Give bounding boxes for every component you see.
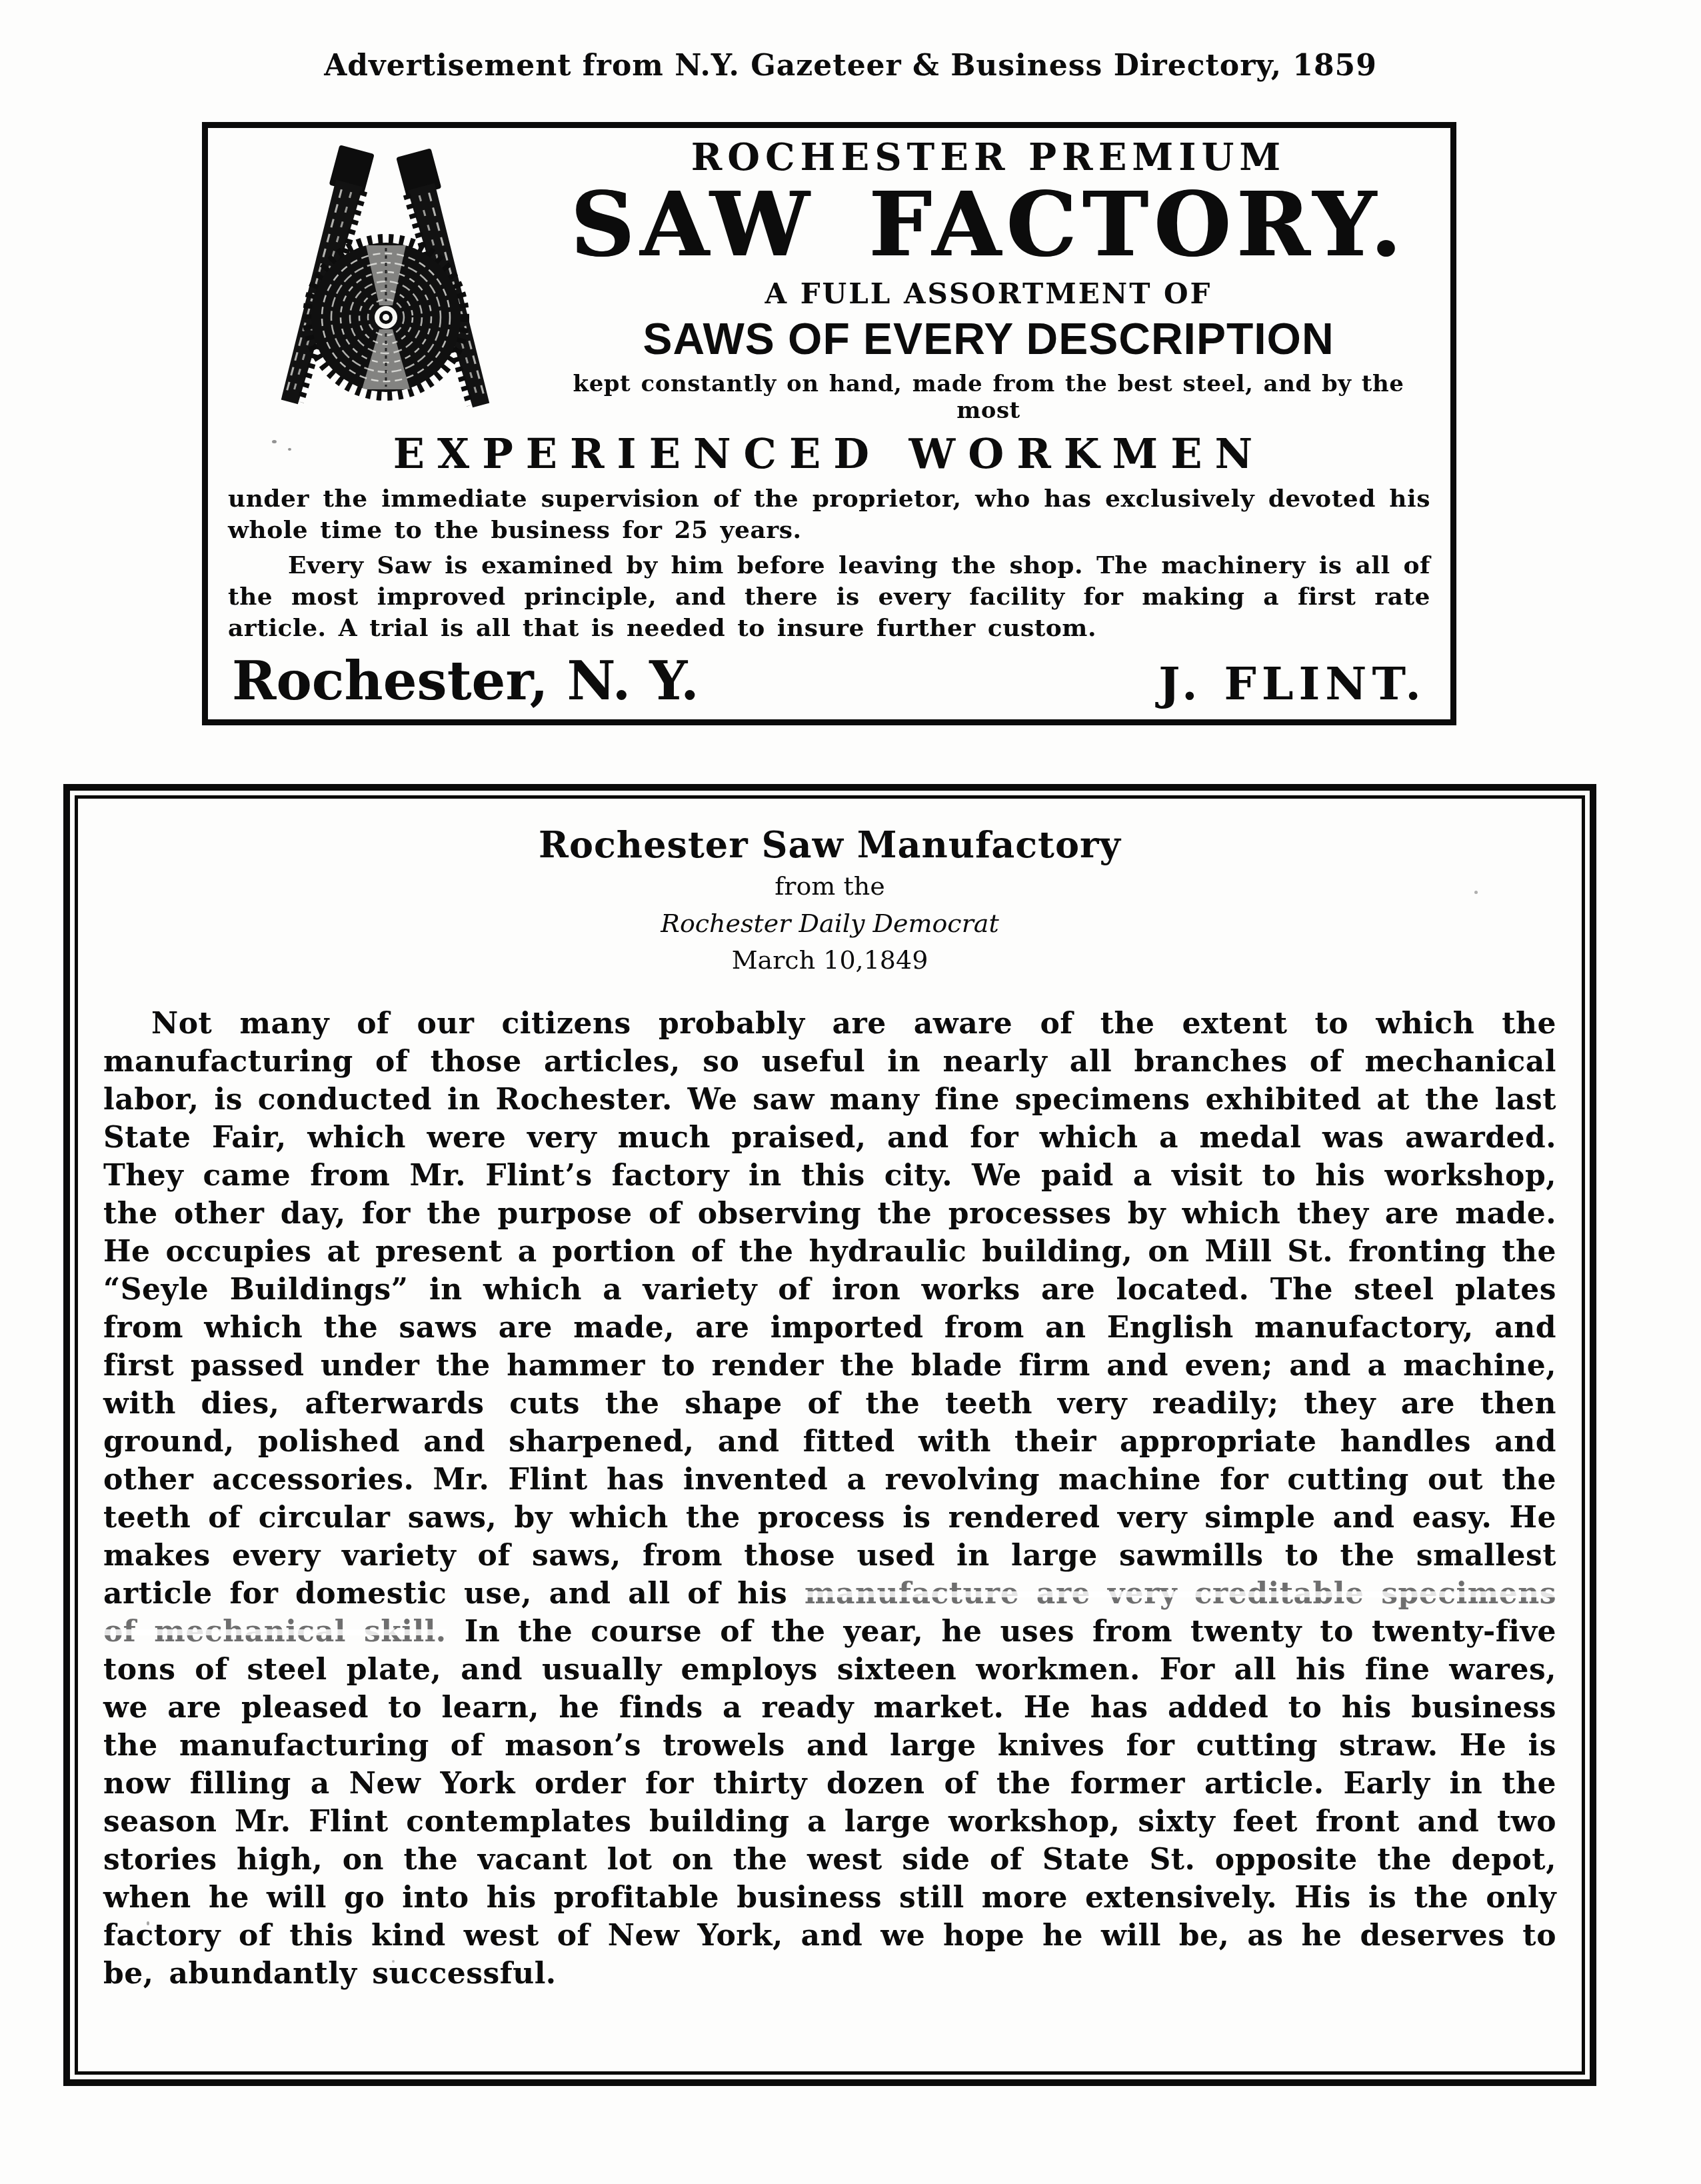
article-body-segment: In the course of the year, he uses from … (103, 1615, 1556, 1991)
scanned-document-page: Advertisement from N.Y. Gazeteer & Busin… (0, 0, 1701, 2184)
scan-speck (147, 1921, 149, 1925)
ad-paragraph-1: under the immediate supervision of the p… (228, 483, 1430, 546)
article-title: Rochester Saw Manufactory (103, 824, 1556, 865)
article-source-intro: from the (103, 871, 1556, 903)
article-box-inner: Rochester Saw Manufactory from the Roche… (75, 795, 1585, 2075)
scan-speck (288, 448, 291, 451)
scan-speck (1474, 891, 1478, 894)
advertisement-box: ROCHESTER PREMIUM SAW FACTORY. A FULL AS… (202, 122, 1456, 726)
article-date: March 10,1849 (103, 945, 1556, 977)
article-source-name: Rochester Daily Democrat (103, 908, 1556, 940)
ad-paragraph-2: Every Saw is examined by him before leav… (228, 550, 1430, 643)
article-body-segment: Not many of our citizens probably are aw… (103, 1007, 1556, 1611)
ad-location: Rochester, N. Y. (232, 653, 699, 709)
crossed-saws-illustration (228, 143, 541, 409)
ad-emphasis-line: EXPERIENCED WORKMEN (228, 431, 1430, 477)
page-caption: Advertisement from N.Y. Gazeteer & Busin… (0, 0, 1701, 83)
scan-speck (272, 440, 277, 443)
ad-signature: J. FLINT. (1158, 661, 1426, 708)
article-header: Rochester Saw Manufactory from the Roche… (103, 824, 1556, 977)
ad-footer: Rochester, N. Y. J. FLINT. (228, 653, 1430, 709)
article-box: Rochester Saw Manufactory from the Roche… (63, 784, 1596, 2086)
article-body: Not many of our citizens probably are aw… (103, 1005, 1556, 1993)
scan-speck (392, 1960, 395, 1963)
